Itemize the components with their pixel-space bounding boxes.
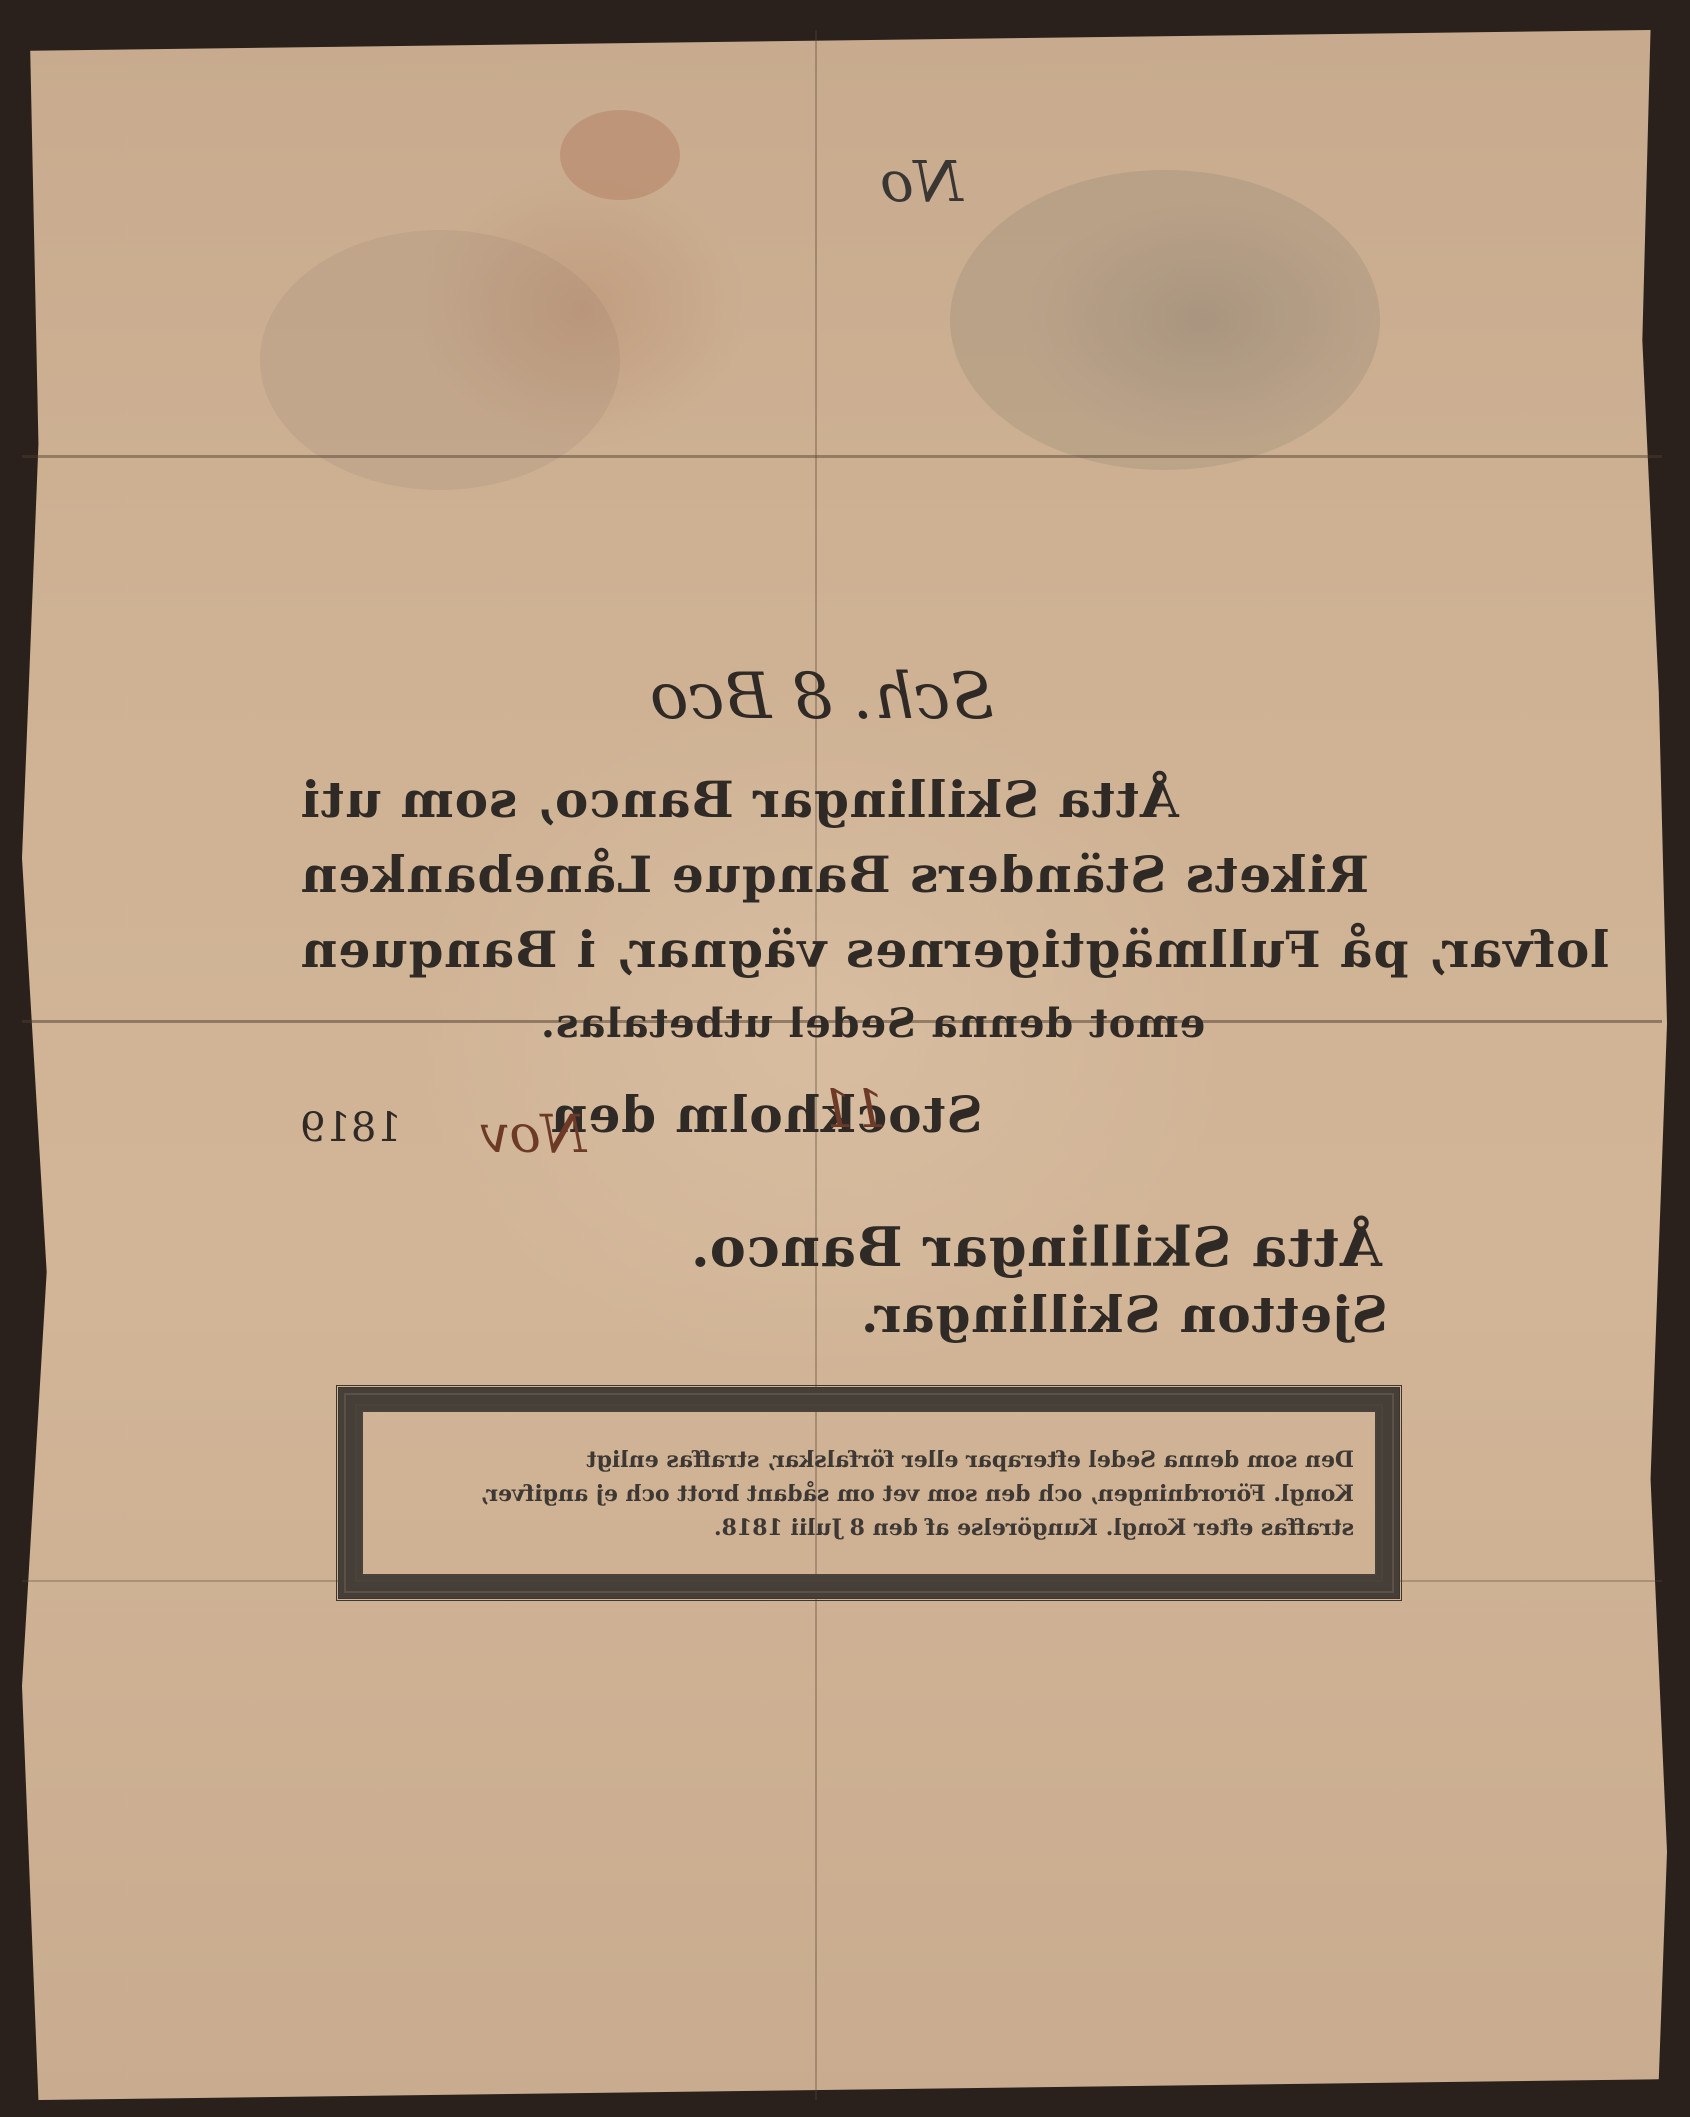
body-line-4: emot denna Sedel utbetalas. (540, 1000, 1205, 1047)
place-text: Stockholm den (550, 1085, 983, 1144)
denomination: Sch. 8 Bco (650, 660, 994, 734)
body-line-2: Rikets Ständers Banque Lånebanken (300, 845, 1369, 904)
warning-notice-box: Den som denna Sedel efterapar eller förf… (336, 1385, 1402, 1601)
handwritten-day: 11 (820, 1080, 886, 1140)
body-text: lofvar, på Fullmägtigernes vägnar, i Ban… (300, 920, 1609, 979)
denomination-text: Sch. 8 Bco (650, 660, 994, 734)
body-line-3: lofvar, på Fullmägtigernes vägnar, i Ban… (300, 920, 1609, 979)
day-text: 11 (820, 1080, 886, 1140)
body-text: Rikets Ständers Banque Lånebanken (300, 845, 1369, 904)
notice-text: Den som denna Sedel efterapar eller förf… (384, 1443, 1354, 1545)
body-text: emot denna Sedel utbetalas. (540, 1000, 1205, 1047)
serial-mark: No (880, 150, 963, 215)
notice-line: Den som denna Sedel efterapar eller förf… (384, 1443, 1354, 1477)
fold-line-vertical (815, 30, 817, 2100)
notice-line: straffas efter Kongl. Kungörelse af den … (384, 1511, 1354, 1545)
amount-words: Åtta Skillingar Banco. (690, 1215, 1382, 1279)
place-line: Stockholm den (550, 1085, 983, 1144)
year-text: 1819 (300, 1105, 402, 1151)
amount-text: Åtta Skillingar Banco. (690, 1215, 1382, 1279)
body-line-1: Åtta Skillingar Banco, som uti (300, 770, 1179, 829)
fold-line (22, 455, 1662, 458)
stain (260, 230, 620, 490)
serial-mark-text: No (880, 150, 963, 215)
amount-subline: Sjetton Skillingar. (860, 1285, 1388, 1344)
notice-line: Kongl. Förordningen, och den som vet om … (384, 1477, 1354, 1511)
body-text: Åtta Skillingar Banco, som uti (300, 770, 1179, 829)
date-year: 1819 (300, 1105, 402, 1151)
amount-sub-text: Sjetton Skillingar. (860, 1285, 1388, 1344)
stain (560, 110, 680, 200)
month-text: Nov (480, 1105, 586, 1165)
handwritten-month: Nov (480, 1105, 586, 1165)
stain (950, 170, 1380, 470)
